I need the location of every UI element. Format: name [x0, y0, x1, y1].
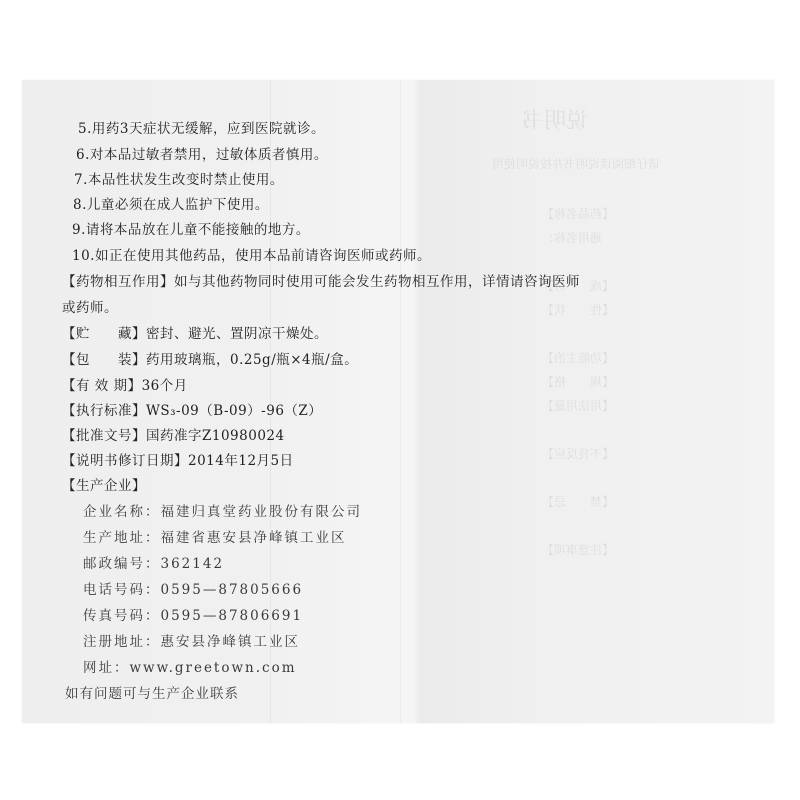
standard-label: 【执行标准】	[62, 403, 146, 419]
standard-section: 【执行标准】WS₃-09（B-09）-96（Z）	[62, 399, 322, 419]
storage-section: 【贮 藏】密封、避光、置阴凉干燥处。	[62, 322, 328, 342]
revision-value: 2014年12月5日	[188, 453, 294, 469]
manufacturer-fax: 传真号码：0595—87806691	[83, 604, 303, 624]
manufacturer-website: 网址：www.greetown.com	[83, 656, 297, 676]
precaution-item-5: 5.用药3天症状无缓解，应到医院就诊。	[78, 117, 325, 137]
package-section: 【包 装】药用玻璃瓶，0.25g/瓶×4瓶/盒。	[62, 348, 358, 368]
precaution-item-10: 10.如正在使用其他药品，使用本品前请咨询医师或药师。	[72, 244, 431, 264]
ghost-line: 【药品名称】	[542, 202, 614, 226]
manufacturer-label: 【生产企业】	[62, 474, 146, 494]
revision-section: 【说明书修订日期】2014年12月5日	[62, 449, 294, 469]
ghost-line: 【注意事项】	[542, 538, 614, 562]
precaution-item-8: 8.儿童必须在成人监护下使用。	[73, 193, 269, 213]
manufacturer-name: 企业名称：福建归真堂药业股份有限公司	[83, 500, 362, 520]
validity-value: 36个月	[142, 378, 188, 394]
manufacturer-phone: 电话号码：0595—87805666	[83, 578, 303, 598]
ghost-line: 【功能主治】	[542, 346, 614, 370]
approval-section: 【批准文号】国药准字Z10980024	[62, 424, 285, 444]
ghost-title: 说明书	[522, 110, 588, 134]
storage-value: 密封、避光、置阴凉干燥处。	[146, 326, 328, 342]
validity-label: 【有 效 期】	[62, 378, 142, 394]
manufacturer-postcode: 邮政编号：362142	[83, 552, 224, 572]
manufacturer-address: 生产地址：福建省惠安县净峰镇工业区	[83, 526, 347, 546]
manufacturer-registered-address: 注册地址：惠安县净峰镇工业区	[83, 630, 300, 650]
ghost-line: 【用法用量】	[542, 394, 614, 418]
standard-value: WS₃-09（B-09）-96（Z）	[146, 403, 322, 419]
ghost-line: 通用名称：	[542, 226, 602, 250]
ghost-line: 【性 状】	[542, 298, 614, 322]
package-label: 【包 装】	[62, 352, 146, 368]
footer-note: 如有问题可与生产企业联系	[65, 682, 239, 702]
ghost-subtitle: 请仔细阅读说明书并按说明使用	[492, 152, 660, 176]
interactions-text-cont: 或药师。	[62, 296, 118, 316]
ghost-line: 【规 格】	[542, 370, 614, 394]
storage-label: 【贮 藏】	[62, 326, 146, 342]
revision-label: 【说明书修订日期】	[62, 453, 188, 469]
fold-line	[400, 80, 401, 723]
interactions-label: 【药物相互作用】	[62, 274, 174, 290]
interactions-section: 【药物相互作用】如与其他药物同时使用可能会发生药物相互作用，详情请咨询医师	[62, 270, 580, 290]
precaution-item-7: 7.本品性状发生改变时禁止使用。	[74, 168, 284, 188]
ghost-line: 【不良反应】	[542, 442, 614, 466]
validity-section: 【有 效 期】36个月	[62, 374, 188, 394]
approval-value: 国药准字Z10980024	[146, 428, 285, 444]
package-value: 药用玻璃瓶，0.25g/瓶×4瓶/盒。	[146, 352, 358, 368]
precaution-item-9: 9.请将本品放在儿童不能接触的地方。	[72, 218, 310, 238]
precaution-item-6: 6.对本品过敏者禁用，过敏体质者慎用。	[76, 143, 328, 163]
interactions-text: 如与其他药物同时使用可能会发生药物相互作用，详情请咨询医师	[174, 274, 580, 290]
ghost-line: 【禁 忌】	[542, 490, 614, 514]
approval-label: 【批准文号】	[62, 428, 146, 444]
